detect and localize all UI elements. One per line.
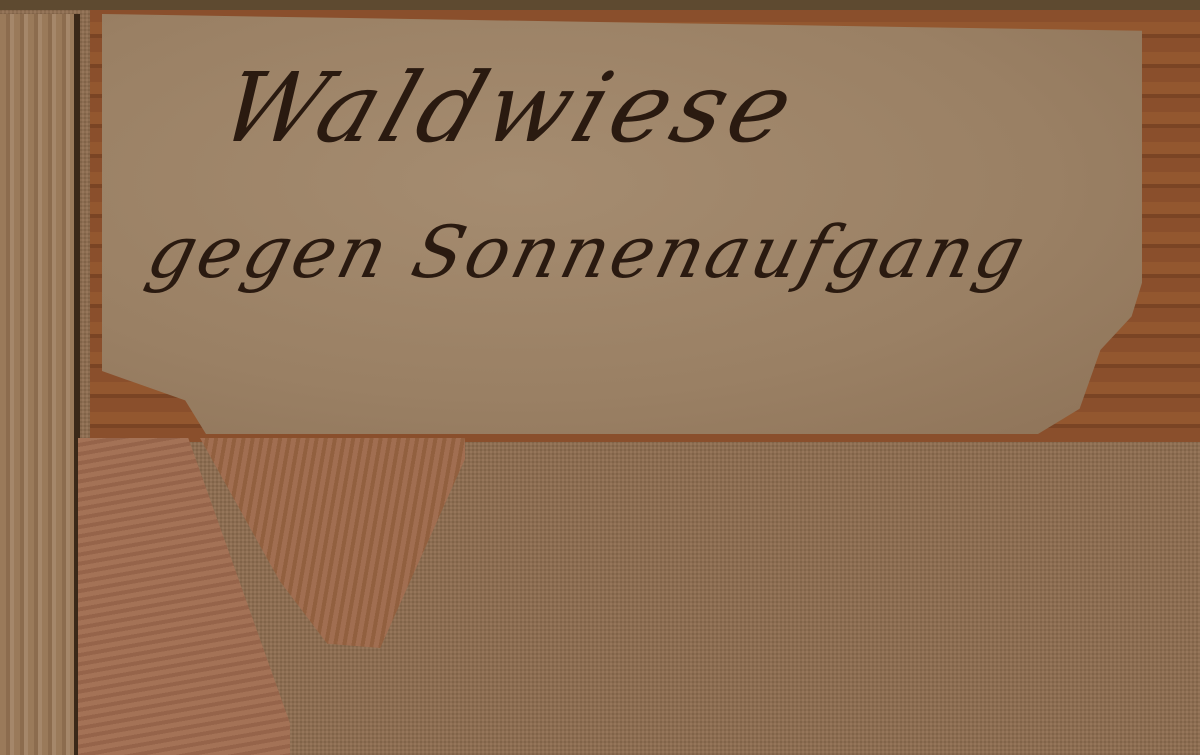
label-title-line: Waldwiese — [207, 52, 813, 164]
label-subtitle-line: gegen Sonnenaufgang — [140, 210, 1036, 294]
left-stretcher-slat — [0, 14, 80, 755]
frame-top-edge — [0, 0, 1200, 10]
